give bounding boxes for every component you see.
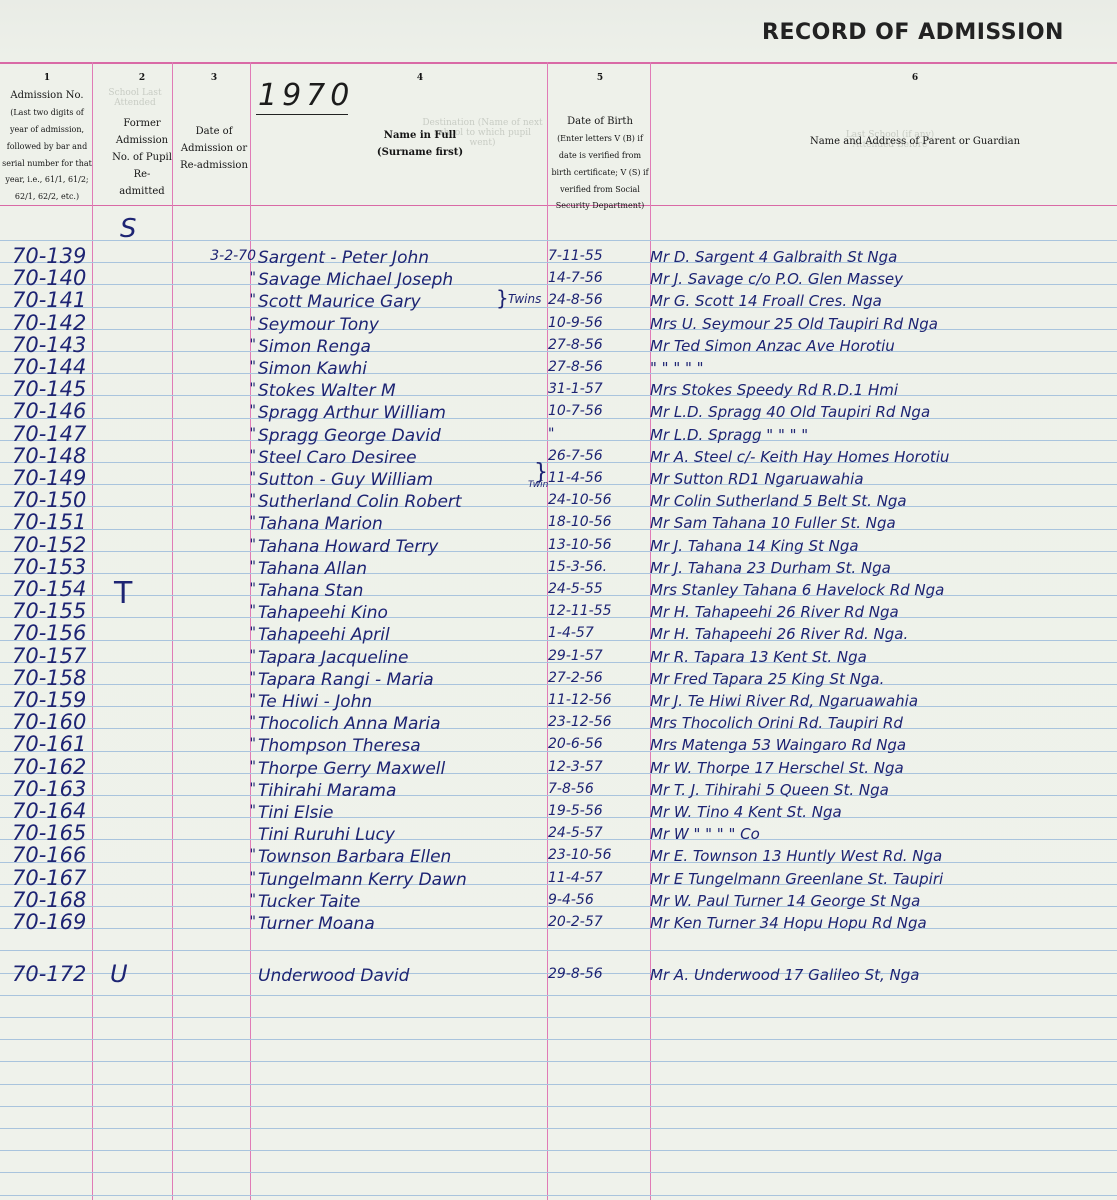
date-of-birth: " [548, 426, 554, 442]
admission-number: 70-165 [12, 821, 86, 845]
pupil-name: Tini Ruruhi Lucy [258, 825, 395, 845]
date-of-birth: 24-10-56 [548, 492, 612, 508]
date-of-birth: 26-7-56 [548, 448, 603, 464]
parent-guardian: Mr H. Tahapeehi 26 River Rd Nga [650, 603, 899, 621]
pupil-name: Stokes Walter M [258, 381, 396, 401]
date-of-birth: 19-5-56 [548, 803, 603, 819]
parent-guardian: Mr J. Tahana 14 King St Nga [650, 537, 859, 555]
pupil-name: Scott Maurice Gary [258, 292, 421, 312]
admission-register-page: RECORD OF ADMISSION School Last Attended… [0, 0, 1117, 1200]
pupil-name: Savage Michael Joseph [258, 270, 453, 290]
admission-date: " [172, 714, 256, 730]
pupil-name: Tapara Jacqueline [258, 648, 409, 668]
ruled-line [0, 1061, 1117, 1062]
admission-date: " [172, 870, 256, 886]
admission-date: " [172, 648, 256, 664]
ruled-line [0, 1195, 1117, 1196]
admission-date: " [172, 692, 256, 708]
pupil-name: Te Hiwi - John [258, 692, 372, 712]
ruled-line [0, 1172, 1117, 1173]
parent-guardian: Mr T. J. Tihirahi 5 Queen St. Nga [650, 781, 889, 799]
parent-guardian: Mrs U. Seymour 25 Old Taupiri Rd Nga [650, 315, 938, 333]
date-of-birth: 1-4-57 [548, 625, 594, 641]
pupil-name: Thorpe Gerry Maxwell [258, 759, 445, 779]
admission-number: 70-145 [12, 377, 86, 401]
column-label: Date of Birth [567, 116, 633, 127]
pupil-name: Sargent - Peter John [258, 248, 429, 268]
admission-date: " [172, 359, 256, 375]
header-admission-no: 1 Admission No. (Last two digits of year… [2, 74, 92, 203]
column-note: (Surname first) [377, 147, 463, 158]
column-label: Admission No. [10, 90, 83, 101]
pupil-name: Tini Elsie [258, 803, 334, 823]
date-of-birth: 27-8-56 [548, 359, 603, 375]
date-of-birth: 23-12-56 [548, 714, 612, 730]
pupil-name: Tapara Rangi - Maria [258, 670, 434, 690]
year-annotation: 1970 [258, 78, 354, 113]
column-number: 1 [2, 74, 92, 83]
ruled-line [0, 1128, 1117, 1129]
ruled-line [0, 950, 1117, 951]
admission-date: " [172, 537, 256, 553]
column-label: Name in Full [384, 130, 456, 141]
date-of-birth: 20-6-56 [548, 736, 603, 752]
admission-number: 70-147 [12, 422, 86, 446]
date-of-birth: 14-7-56 [548, 270, 603, 286]
ruled-line [0, 995, 1117, 996]
date-of-birth: 12-11-55 [548, 603, 612, 619]
admission-number: 70-146 [12, 399, 86, 423]
admission-date: " [172, 315, 256, 331]
parent-guardian: Mrs Thocolich Orini Rd. Taupiri Rd [650, 714, 903, 732]
admission-number: 70-154 [12, 577, 86, 601]
admission-number: 70-168 [12, 888, 86, 912]
date-of-birth: 15-3-56. [548, 559, 607, 575]
parent-guardian: Mr A. Steel c/- Keith Hay Homes Horotiu [650, 448, 949, 466]
admission-date: " [172, 270, 256, 286]
admission-date: " [172, 381, 256, 397]
ruled-line [0, 1106, 1117, 1107]
admission-number: 70-152 [12, 533, 86, 557]
admission-number: 70-164 [12, 799, 86, 823]
date-of-birth: 13-10-56 [548, 537, 612, 553]
date-of-birth: 27-2-56 [548, 670, 603, 686]
admission-number: 70-139 [12, 244, 86, 268]
admission-date: " [172, 492, 256, 508]
twins-note: Twins [508, 292, 541, 306]
pupil-name: Tahapeehi April [258, 625, 390, 645]
admission-date: " [172, 803, 256, 819]
column-number: 4 [360, 74, 480, 83]
column-number: 6 [790, 74, 1040, 83]
former-admission-number: U [110, 960, 128, 988]
date-of-birth: 7-11-55 [548, 248, 603, 264]
admission-date: 3-2-70 [172, 248, 256, 264]
admission-date: " [172, 847, 256, 863]
admission-date: " [172, 581, 256, 597]
admission-number: 70-160 [12, 710, 86, 734]
parent-guardian: Mr D. Sargent 4 Galbraith St Nga [650, 248, 897, 266]
pupil-name: Tahana Howard Terry [258, 537, 438, 557]
parent-guardian: Mr Ken Turner 34 Hopu Hopu Rd Nga [650, 914, 927, 932]
date-of-birth: 27-8-56 [548, 337, 603, 353]
admission-number: 70-148 [12, 444, 86, 468]
parent-guardian: Mr E Tungelmann Greenlane St. Taupiri [650, 870, 943, 888]
admission-number: 70-167 [12, 866, 86, 890]
column-number: 3 [178, 74, 250, 83]
page-title: RECORD OF ADMISSION [762, 20, 1064, 45]
column-label: Name and Address of Parent or Guardian [810, 136, 1020, 147]
column-note: (Last two digits of year of admission, f… [2, 108, 92, 201]
twins-brace: } [496, 286, 509, 310]
pupil-name: Tahana Marion [258, 514, 383, 534]
admission-number: 70-162 [12, 755, 86, 779]
admission-date: " [172, 625, 256, 641]
admission-number: 70-161 [12, 732, 86, 756]
admission-number: 70-143 [12, 333, 86, 357]
ruled-line [0, 1150, 1117, 1151]
date-of-birth: 29-1-57 [548, 648, 603, 664]
parent-guardian: Mr Fred Tapara 25 King St Nga. [650, 670, 884, 688]
header-parent-guardian: 6 Name and Address of Parent or Guardian [790, 74, 1040, 148]
pupil-name: Tungelmann Kerry Dawn [258, 870, 467, 890]
column-label: Date of Admission or Re-admission [180, 126, 248, 171]
header-date-of-admission: 3 Date of Admission or Re-admission [178, 74, 250, 172]
date-of-birth: 31-1-57 [548, 381, 603, 397]
parent-guardian: Mr L.D. Spragg 40 Old Taupiri Rd Nga [650, 403, 930, 421]
parent-guardian: Mrs Stanley Tahana 6 Havelock Rd Nga [650, 581, 944, 599]
admission-date: " [172, 403, 256, 419]
admission-date: " [172, 426, 256, 442]
parent-guardian: Mr G. Scott 14 Froall Cres. Nga [650, 292, 882, 310]
date-of-birth: 10-9-56 [548, 315, 603, 331]
column-divider [92, 62, 93, 1200]
admission-date: " [172, 892, 256, 908]
pupil-name: Tucker Taite [258, 892, 360, 912]
ruled-line [0, 1084, 1117, 1085]
admission-number: 70-163 [12, 777, 86, 801]
parent-guardian: Mrs Matenga 53 Waingaro Rd Nga [650, 736, 906, 754]
admission-number: 70-172 [12, 962, 86, 986]
pupil-name: Seymour Tony [258, 315, 379, 335]
admission-number: 70-144 [12, 355, 86, 379]
parent-guardian: Mr W. Tino 4 Kent St. Nga [650, 803, 842, 821]
parent-guardian: Mr H. Tahapeehi 26 River Rd. Nga. [650, 625, 908, 643]
column-number: 2 [112, 74, 172, 83]
header-date-of-birth: 5 Date of Birth (Enter letters V (B) if … [550, 74, 650, 212]
section-letter-s: S [120, 214, 137, 244]
date-of-birth: 18-10-56 [548, 514, 612, 530]
top-rule [0, 62, 1117, 64]
admission-date: " [172, 914, 256, 930]
parent-guardian: Mr L.D. Spragg " " " " [650, 426, 808, 444]
header-former-admission: 2 Former Admission No. of Pupil Re-admit… [112, 74, 172, 197]
admission-date: " [172, 670, 256, 686]
parent-guardian: Mr J. Savage c/o P.O. Glen Massey [650, 270, 903, 288]
admission-number: 70-140 [12, 266, 86, 290]
date-of-birth: 7-8-56 [548, 781, 594, 797]
admission-date: " [172, 603, 256, 619]
date-of-birth: 11-4-57 [548, 870, 603, 886]
parent-guardian: Mr W " " " " Co [650, 825, 760, 843]
date-of-birth: 24-5-57 [548, 825, 603, 841]
pupil-name: Simon Kawhi [258, 359, 367, 379]
parent-guardian: Mr W. Thorpe 17 Herschel St. Nga [650, 759, 904, 777]
pupil-name: Thompson Theresa [258, 736, 421, 756]
admission-number: 70-156 [12, 621, 86, 645]
parent-guardian: Mr W. Paul Turner 14 George St Nga [650, 892, 920, 910]
admission-number: 70-169 [12, 910, 86, 934]
pupil-name: Underwood David [258, 966, 409, 986]
admission-number: 70-166 [12, 843, 86, 867]
pupil-name: Sutherland Colin Robert [258, 492, 462, 512]
admission-number: 70-142 [12, 311, 86, 335]
admission-number: 70-159 [12, 688, 86, 712]
pupil-name: Thocolich Anna Maria [258, 714, 441, 734]
date-of-birth: 12-3-57 [548, 759, 603, 775]
date-of-birth: 11-4-56 [548, 470, 603, 486]
twin-note: Twin [528, 480, 548, 490]
parent-guardian: Mr Ted Simon Anzac Ave Horotiu [650, 337, 895, 355]
pupil-name: Tahapeehi Kino [258, 603, 388, 623]
admission-date: " [172, 514, 256, 530]
admission-number: 70-150 [12, 488, 86, 512]
parent-guardian: Mr E. Townson 13 Huntly West Rd. Nga [650, 847, 942, 865]
column-number: 5 [550, 74, 650, 83]
date-of-birth: 20-2-57 [548, 914, 603, 930]
pupil-name: Spragg Arthur William [258, 403, 446, 423]
admission-date: " [172, 337, 256, 353]
admission-number: 70-151 [12, 510, 86, 534]
pupil-name: Sutton - Guy William [258, 470, 433, 490]
header-name-in-full: 4 Name in Full (Surname first) [360, 74, 480, 159]
admission-date: " [172, 736, 256, 752]
admission-number: 70-157 [12, 644, 86, 668]
date-of-birth: 10-7-56 [548, 403, 603, 419]
ruled-line [0, 440, 1117, 441]
year-underline [256, 114, 348, 115]
date-of-birth: 11-12-56 [548, 692, 612, 708]
pupil-name: Tihirahi Marama [258, 781, 396, 801]
admission-number: 70-141 [12, 288, 86, 312]
date-of-birth: 29-8-56 [548, 966, 603, 982]
parent-guardian: Mr R. Tapara 13 Kent St. Nga [650, 648, 867, 666]
pupil-name: Tahana Stan [258, 581, 363, 601]
ruled-line [0, 240, 1117, 241]
parent-guardian: Mr Sutton RD1 Ngaruawahia [650, 470, 864, 488]
parent-guardian: Mr J. Te Hiwi River Rd, Ngaruawahia [650, 692, 918, 710]
admission-date: " [172, 781, 256, 797]
admission-number: 70-155 [12, 599, 86, 623]
admission-date: " [172, 470, 256, 486]
section-letter-t: T [114, 576, 132, 611]
parent-guardian: " " " " " [650, 359, 704, 377]
admission-date: " [172, 759, 256, 775]
parent-guardian: Mr A. Underwood 17 Galileo St, Nga [650, 966, 920, 984]
admission-number: 70-149 [12, 466, 86, 490]
date-of-birth: 24-8-56 [548, 292, 603, 308]
column-label: Former Admission No. of Pupil Re-admitte… [112, 118, 172, 196]
parent-guardian: Mr Colin Sutherland 5 Belt St. Nga [650, 492, 907, 510]
ruled-line [0, 1017, 1117, 1018]
pupil-name: Turner Moana [258, 914, 375, 934]
parent-guardian: Mr J. Tahana 23 Durham St. Nga [650, 559, 891, 577]
admission-date: " [172, 292, 256, 308]
parent-guardian: Mr Sam Tahana 10 Fuller St. Nga [650, 514, 896, 532]
parent-guardian: Mrs Stokes Speedy Rd R.D.1 Hmi [650, 381, 898, 399]
admission-date: " [172, 448, 256, 464]
date-of-birth: 23-10-56 [548, 847, 612, 863]
pupil-name: Steel Caro Desiree [258, 448, 417, 468]
date-of-birth: 24-5-55 [548, 581, 603, 597]
pupil-name: Townson Barbara Ellen [258, 847, 451, 867]
ruled-line [0, 1039, 1117, 1040]
pupil-name: Tahana Allan [258, 559, 367, 579]
pupil-name: Simon Renga [258, 337, 371, 357]
pupil-name: Spragg George David [258, 426, 441, 446]
column-note: (Enter letters V (B) if date is verified… [551, 134, 648, 210]
admission-number: 70-153 [12, 555, 86, 579]
admission-number: 70-158 [12, 666, 86, 690]
date-of-birth: 9-4-56 [548, 892, 594, 908]
admission-date: " [172, 559, 256, 575]
